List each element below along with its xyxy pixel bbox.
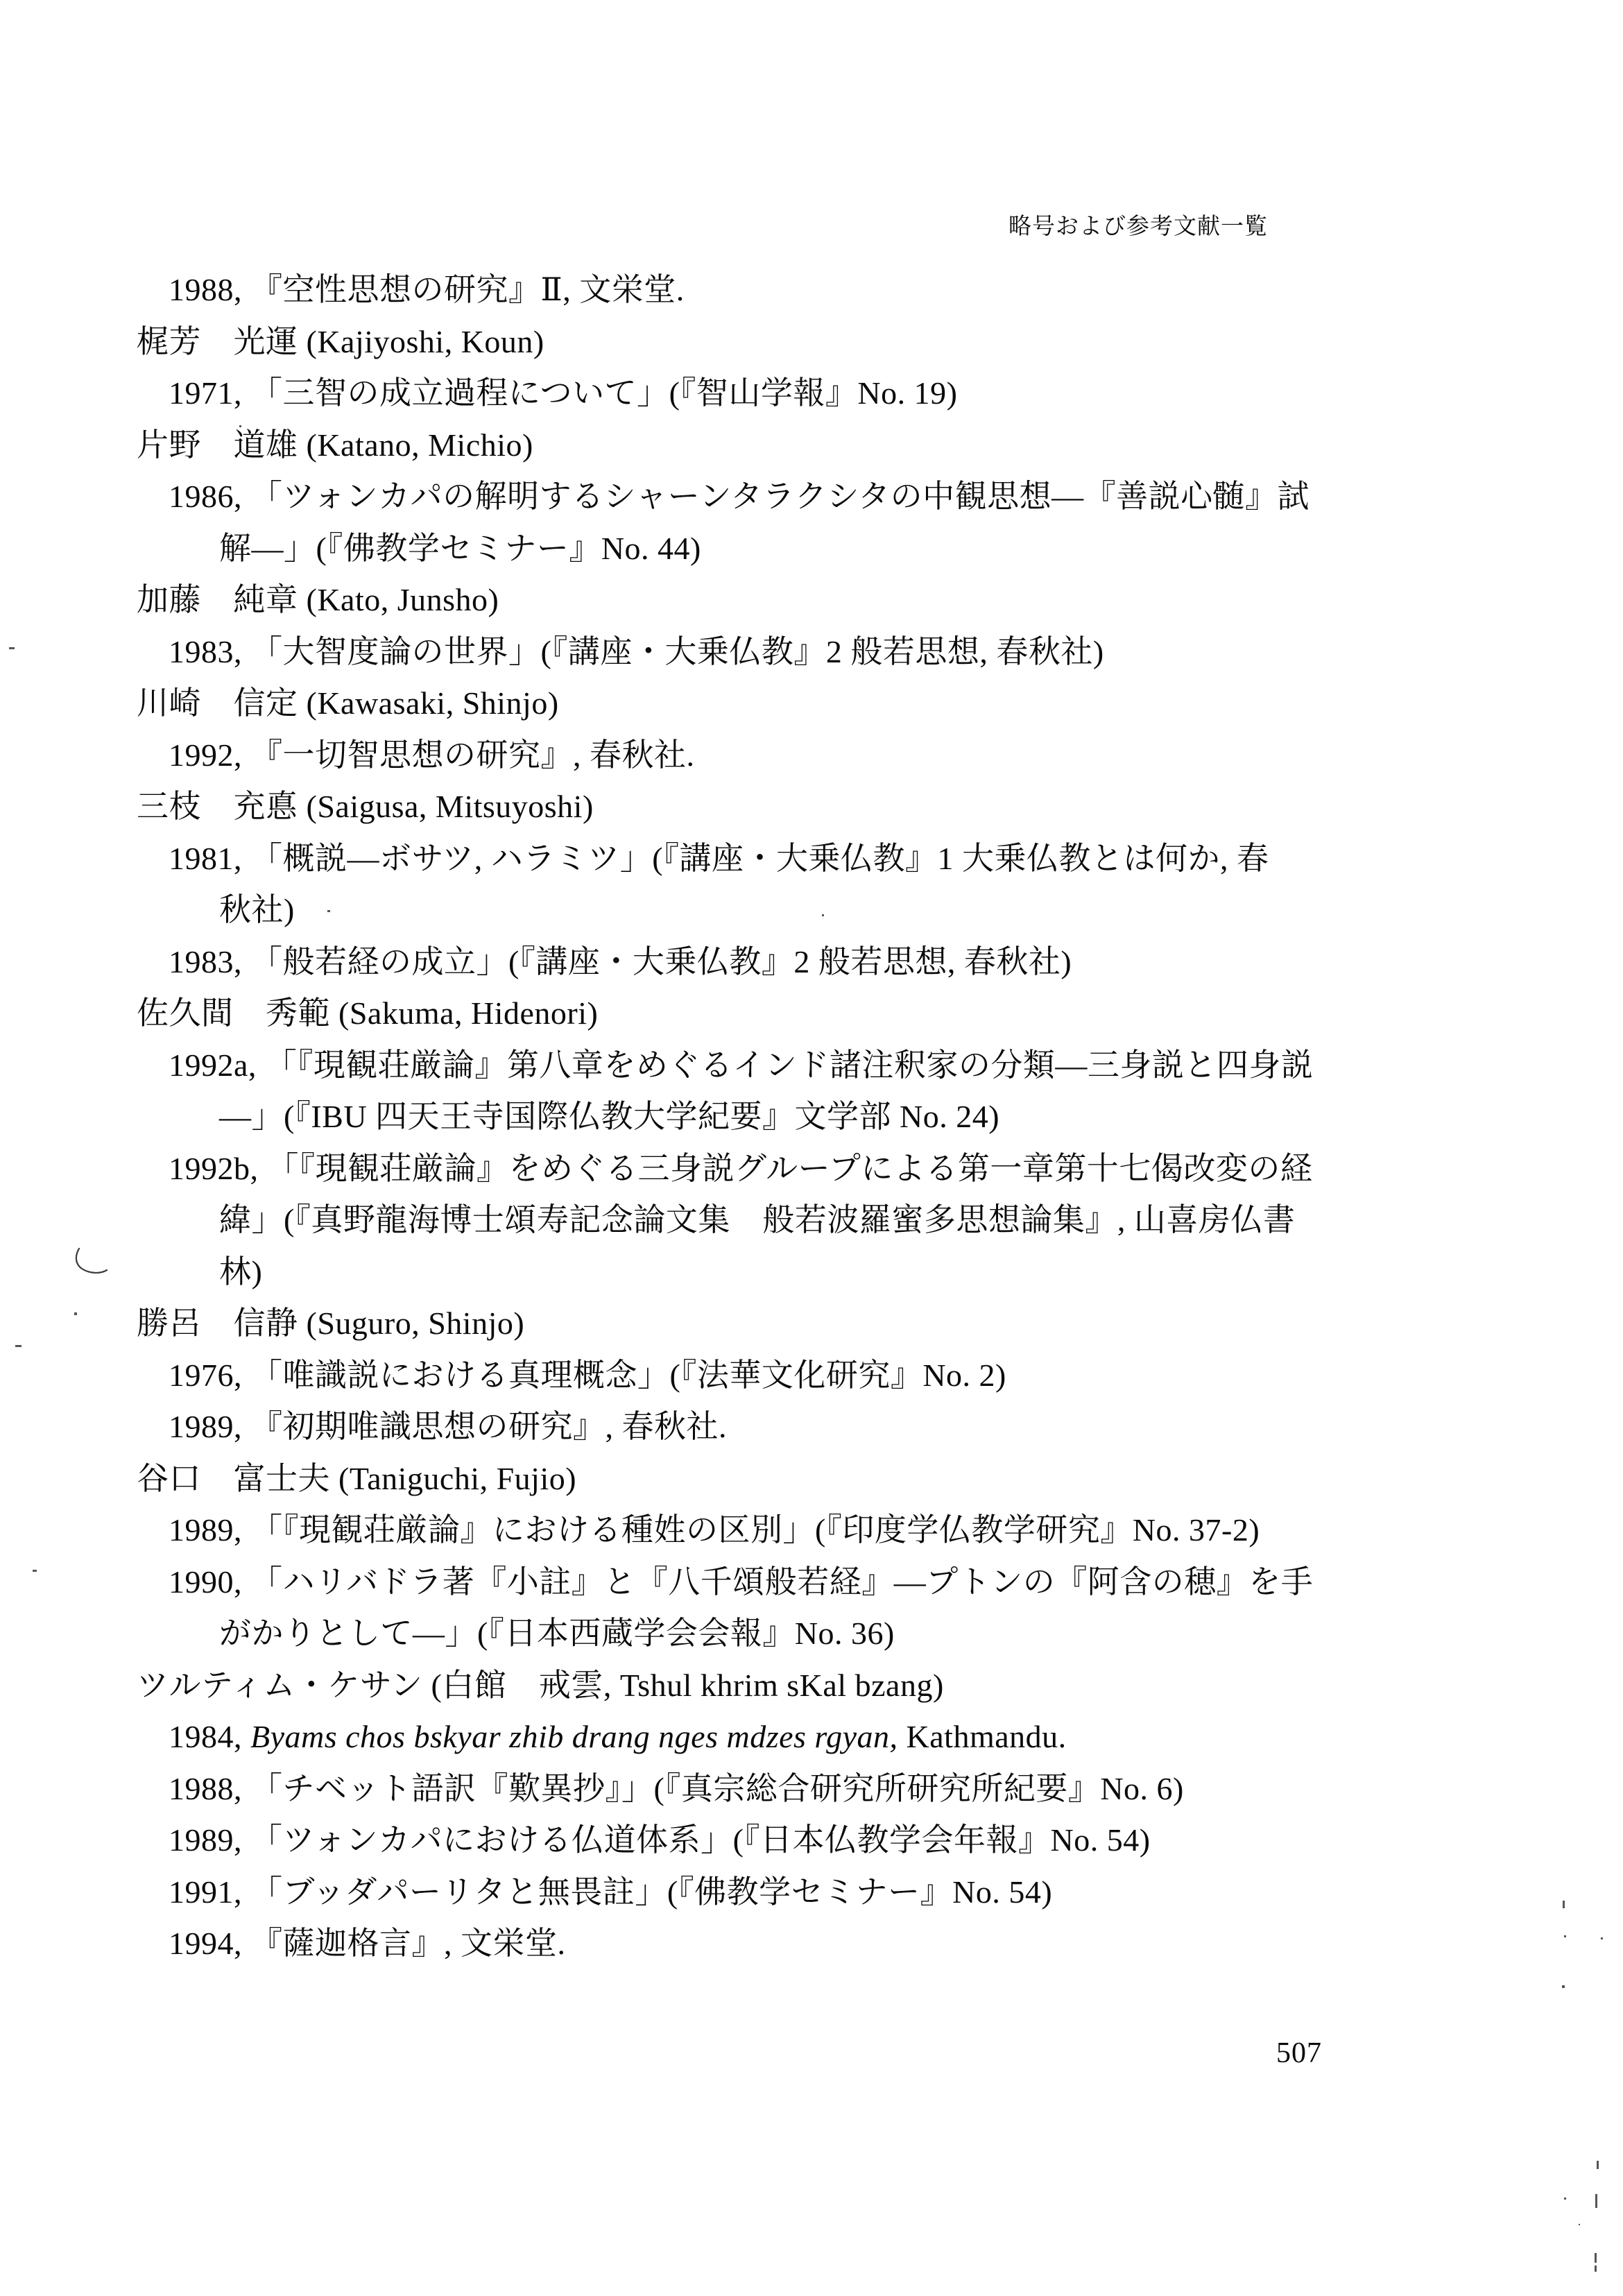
scan-speck	[822, 914, 824, 916]
bib-text: ―」(『IBU 四天王寺国際仏教大学紀要』文学部 No. 24)	[219, 1099, 999, 1134]
bib-line: 1971, 「三智の成立過程について」(『智山学報』No. 19)	[0, 368, 1623, 420]
bibliography-list: 1988, 『空性思想の研究』Ⅱ, 文栄堂.梶芳 光運 (Kajiyoshi, …	[0, 264, 1623, 1970]
bib-line: ―」(『IBU 四天王寺国際仏教大学紀要』文学部 No. 24)	[0, 1091, 1623, 1143]
bib-text: 1989, 「『現観荘厳論』における種姓の区別」(『印度学仏教学研究』No. 3…	[169, 1512, 1260, 1548]
bib-line: 1994, 『薩迦格言』, 文栄堂.	[0, 1918, 1623, 1970]
scan-speck	[33, 1570, 37, 1572]
bib-text: 1992, 『一切智思想の研究』, 春秋社.	[169, 737, 695, 773]
bib-text: 三枝 充悳 (Saigusa, Mitsuyoshi)	[137, 789, 594, 824]
scan-speck	[1562, 1985, 1565, 1988]
bib-text: 1989, 『初期唯識思想の研究』, 春秋社.	[169, 1409, 727, 1444]
bib-line: 1986, 「ツォンカパの解明するシャーンタラクシタの中観思想―『善説心髄』試	[0, 471, 1623, 523]
scan-speck	[9, 647, 15, 649]
bib-text: 1990, 「ハリバドラ著『小註』と『八千頌般若経』―プトンの『阿含の穂』を手	[169, 1564, 1313, 1600]
bib-line: 1988, 「チベット語訳『歎異抄』」(『真宗総合研究所研究所紀要』No. 6)	[0, 1763, 1623, 1815]
pen-mark	[74, 1246, 111, 1280]
bib-line: 1989, 「ツォンカパにおける仏道体系」(『日本仏教学会年報』No. 54)	[0, 1815, 1623, 1867]
bib-text: 1988, 「チベット語訳『歎異抄』」(『真宗総合研究所研究所紀要』No. 6)	[169, 1771, 1184, 1806]
scan-speck	[1579, 2224, 1580, 2225]
bib-line: 1988, 『空性思想の研究』Ⅱ, 文栄堂.	[0, 264, 1623, 316]
bib-text: 1981, 「概説―ボサツ, ハラミツ」(『講座・大乗仏教』1 大乗仏教とは何か…	[169, 841, 1269, 876]
bib-text: がかりとして―」(『日本西蔵学会会報』No. 36)	[219, 1616, 895, 1651]
scan-speck	[1595, 2194, 1597, 2208]
bib-text: 谷口 富士夫 (Taniguchi, Fujio)	[137, 1461, 576, 1496]
bib-line: 1983, 「般若経の成立」(『講座・大乗仏教』2 般若思想, 春秋社)	[0, 936, 1623, 988]
bib-line: 1983, 「大智度論の世界」(『講座・大乗仏教』2 般若思想, 春秋社)	[0, 626, 1623, 678]
scan-speck	[1564, 1935, 1566, 1937]
bib-line: 緯」(『真野龍海博士頌寿記念論文集 般若波羅蜜多思想論集』, 山喜房仏書	[0, 1194, 1623, 1246]
bib-text: 1989, 「ツォンカパにおける仏道体系」(『日本仏教学会年報』No. 54)	[169, 1822, 1151, 1858]
bib-line: ツルティム・ケサン (白館 戒雲, Tshul khrim sKal bzang…	[0, 1660, 1623, 1712]
bib-text: 秋社)	[219, 892, 295, 927]
bib-text: 勝呂 信静 (Suguro, Shinjo)	[137, 1305, 524, 1341]
scan-speck	[1601, 1937, 1603, 1939]
bib-line: 1992, 『一切智思想の研究』, 春秋社.	[0, 730, 1623, 782]
bib-text: 1986, 「ツォンカパの解明するシャーンタラクシタの中観思想―『善説心髄』試	[169, 479, 1309, 514]
scan-speck	[1595, 2265, 1597, 2272]
bib-text: 1983, 「大智度論の世界」(『講座・大乗仏教』2 般若思想, 春秋社)	[169, 634, 1104, 669]
bib-text: 1988, 『空性思想の研究』Ⅱ, 文栄堂.	[169, 272, 685, 307]
bib-text: 解―」(『佛教学セミナー』No. 44)	[219, 531, 701, 566]
bib-line: 片野 道雄 (Katano, Michio)	[0, 420, 1623, 472]
scanned-page: 略号および参考文献一覧 1988, 『空性思想の研究』Ⅱ, 文栄堂.梶芳 光運 …	[0, 0, 1623, 2296]
bib-line: 1989, 「『現観荘厳論』における種姓の区別」(『印度学仏教学研究』No. 3…	[0, 1505, 1623, 1557]
bib-text: 片野 道雄 (Katano, Michio)	[137, 427, 533, 463]
bib-text: 1976, 「唯識説における真理概念」(『法華文化研究』No. 2)	[169, 1357, 1006, 1393]
running-head: 略号および参考文献一覧	[1008, 208, 1268, 241]
scan-speck	[327, 910, 330, 912]
bib-line: 谷口 富士夫 (Taniguchi, Fujio)	[0, 1453, 1623, 1505]
bib-line: 1990, 「ハリバドラ著『小註』と『八千頌般若経』―プトンの『阿含の穂』を手	[0, 1557, 1623, 1609]
bib-text: 1991, 「ブッダパーリタと無畏註」(『佛教学セミナー』No. 54)	[169, 1874, 1052, 1910]
bib-text: 1971, 「三智の成立過程について」(『智山学報』No. 19)	[169, 375, 957, 411]
bib-text: 緯」(『真野龍海博士頌寿記念論文集 般若波羅蜜多思想論集』, 山喜房仏書	[219, 1202, 1295, 1237]
bib-line: 川崎 信定 (Kawasaki, Shinjo)	[0, 678, 1623, 730]
bib-text: 1983, 「般若経の成立」(『講座・大乗仏教』2 般若思想, 春秋社)	[169, 944, 1072, 979]
bib-text: 梶芳 光運 (Kajiyoshi, Koun)	[137, 324, 544, 359]
bib-line: 1992a, 「『現観荘厳論』第八章をめぐるインド諸注釈家の分類―三身説と四身説	[0, 1040, 1623, 1092]
bib-line: 1989, 『初期唯識思想の研究』, 春秋社.	[0, 1401, 1623, 1453]
bib-line: 1976, 「唯識説における真理概念」(『法華文化研究』No. 2)	[0, 1350, 1623, 1402]
bib-text: 1992b, 「『現観荘厳論』をめぐる三身説グループによる第一章第十七偈改変の経	[169, 1151, 1312, 1186]
scan-speck	[1564, 2198, 1566, 2200]
bib-text: 1994, 『薩迦格言』, 文栄堂.	[169, 1926, 566, 1961]
bib-line: 梶芳 光運 (Kajiyoshi, Koun)	[0, 316, 1623, 368]
book-title-italic: Byams chos bskyar zhib drang nges mdzes …	[250, 1719, 898, 1754]
bib-line: 1991, 「ブッダパーリタと無畏註」(『佛教学セミナー』No. 54)	[0, 1867, 1623, 1919]
bib-text: 川崎 信定 (Kawasaki, Shinjo)	[137, 685, 559, 721]
bib-text: 加藤 純章 (Kato, Junsho)	[137, 582, 499, 617]
bib-text: Kathmandu.	[898, 1719, 1067, 1754]
bib-line: 佐久間 秀範 (Sakuma, Hidenori)	[0, 988, 1623, 1040]
bib-text: ツルティム・ケサン (白館 戒雲, Tshul khrim sKal bzang…	[137, 1668, 944, 1703]
bib-line: 三枝 充悳 (Saigusa, Mitsuyoshi)	[0, 781, 1623, 833]
bib-line: 1984, Byams chos bskyar zhib drang nges …	[0, 1711, 1623, 1763]
bib-line: 秋社)	[0, 884, 1623, 936]
bib-line: 解―」(『佛教学セミナー』No. 44)	[0, 523, 1623, 575]
scan-speck	[1595, 2253, 1597, 2263]
bib-text: 1984,	[169, 1719, 250, 1754]
bib-text: 1992a, 「『現観荘厳論』第八章をめぐるインド諸注釈家の分類―三身説と四身説	[169, 1047, 1313, 1083]
bib-text: 林)	[219, 1254, 262, 1290]
scan-speck	[74, 1312, 77, 1315]
bib-line: 1992b, 「『現観荘厳論』をめぐる三身説グループによる第一章第十七偈改変の経	[0, 1143, 1623, 1195]
scan-speck	[15, 1345, 22, 1347]
page-number: 507	[1276, 2037, 1322, 2070]
bib-line: 勝呂 信静 (Suguro, Shinjo)	[0, 1298, 1623, 1350]
bib-line: がかりとして―」(『日本西蔵学会会報』No. 36)	[0, 1608, 1623, 1660]
bib-text: 佐久間 秀範 (Sakuma, Hidenori)	[137, 995, 598, 1031]
scan-speck	[1563, 1901, 1565, 1908]
scan-speck	[239, 425, 241, 427]
bib-line: 1981, 「概説―ボサツ, ハラミツ」(『講座・大乗仏教』1 大乗仏教とは何か…	[0, 833, 1623, 885]
scan-speck	[1597, 2161, 1599, 2169]
bib-line: 加藤 純章 (Kato, Junsho)	[0, 574, 1623, 626]
bib-line: 林)	[0, 1246, 1623, 1299]
